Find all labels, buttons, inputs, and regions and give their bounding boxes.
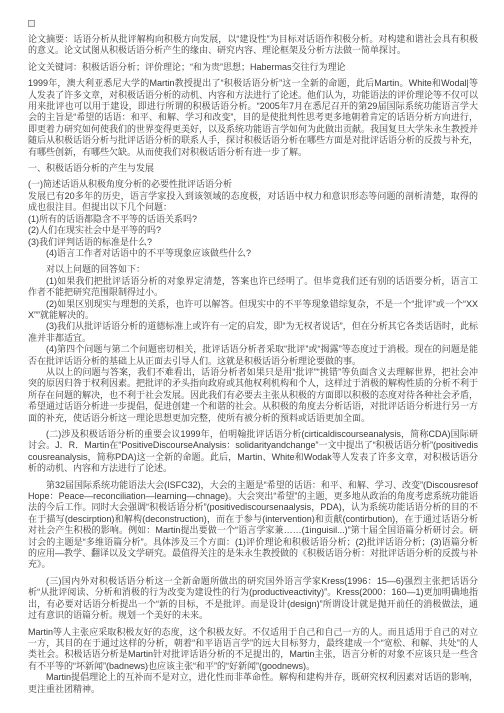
subsection-3-paragraph: (三)国内外对积极话语分析这一全新命题所做出的研究国外语言学家Kress(199… (28, 576, 478, 622)
answer-item-4: (4)第四个问题与第二个问题密切相关，批评话语分析者采取“批评”或“揭露”等态度… (28, 344, 478, 367)
article-page: 论文摘要：话语分析从批评解构向积极方向发展，以“建设性”为目标对话语作积极分析。… (0, 0, 504, 713)
answers-lead-paragraph: 对以上问题的回答如下： (28, 264, 478, 275)
subsection-2-paragraph: (二)涉及积极话语分析的重要会议1999年，伯明翰批评话语分析(cirtical… (28, 429, 478, 475)
martin-view-paragraph: Martin等人主张应采取积极友好的态度，这个积极友好。不仅适用于自己和自己一方… (28, 627, 478, 673)
answer-item-3: (3)我们从批评话语分析的道德标准上或许有一定的启发，即“为无权者说话”，但在分… (28, 321, 478, 344)
keywords-paragraph: 论文关键词：积极话语分析；评价理论；“和为贵”思想；Habermas交往行为理论 (28, 62, 478, 73)
summary-paragraph: 从以上的问题与答案，我们不难看出，话语分析者如果只是用“批评”“挑错”等负面含义… (28, 367, 478, 424)
paragraph: 发展已有20多年的历史，语言学家投入到该领域的态度极，对话语中权力和意识形态等问… (28, 191, 478, 214)
intro-paragraph: 1999年，澳大利亚悉尼大学的Martin教授提出了“积极话语分析”这一全新的命… (28, 78, 478, 158)
abstract-paragraph: 论文摘要：话语分析从批评解构向积极方向发展，以“建设性”为目标对话语作积极分析。… (28, 34, 478, 57)
bullet-placeholder-icon (28, 20, 35, 27)
closing-paragraph: Martin提倡理论上的互补而不是对立，进化性而非革命性。解构和建构并存，既研究… (28, 672, 478, 695)
answer-item-2: (2)如果区别现实与理想的关系，也许可以解答。但现实中的不平等现象错综复杂，不是… (28, 299, 478, 322)
answer-item-1: (1)如果我们把批评话语分析的对象界定清楚，答案也许已经明了。但毕竟我们还有别的… (28, 276, 478, 299)
conference-paragraph: 第32届国际系统功能语法大会(ISFC32)，大会的主题是“希望的话语：和平、和… (28, 480, 478, 571)
question-item-1: (1)所有的话语都隐含不平等的话语关系吗? (28, 214, 478, 225)
question-item-4: (4)语言工作者对话语中的不平等现象应该做些什么? (28, 248, 478, 259)
question-item-3: (3)我们评判话语的标准是什么? (28, 237, 478, 248)
question-item-2: (2)人们在现实社会中是平等的吗? (28, 225, 478, 236)
section-heading: 一、积极话语分析的产生与发展 (28, 163, 478, 174)
subsection-1-title: (一)简述话语从积极角度分析的必要性批评话语分析 (28, 179, 478, 190)
